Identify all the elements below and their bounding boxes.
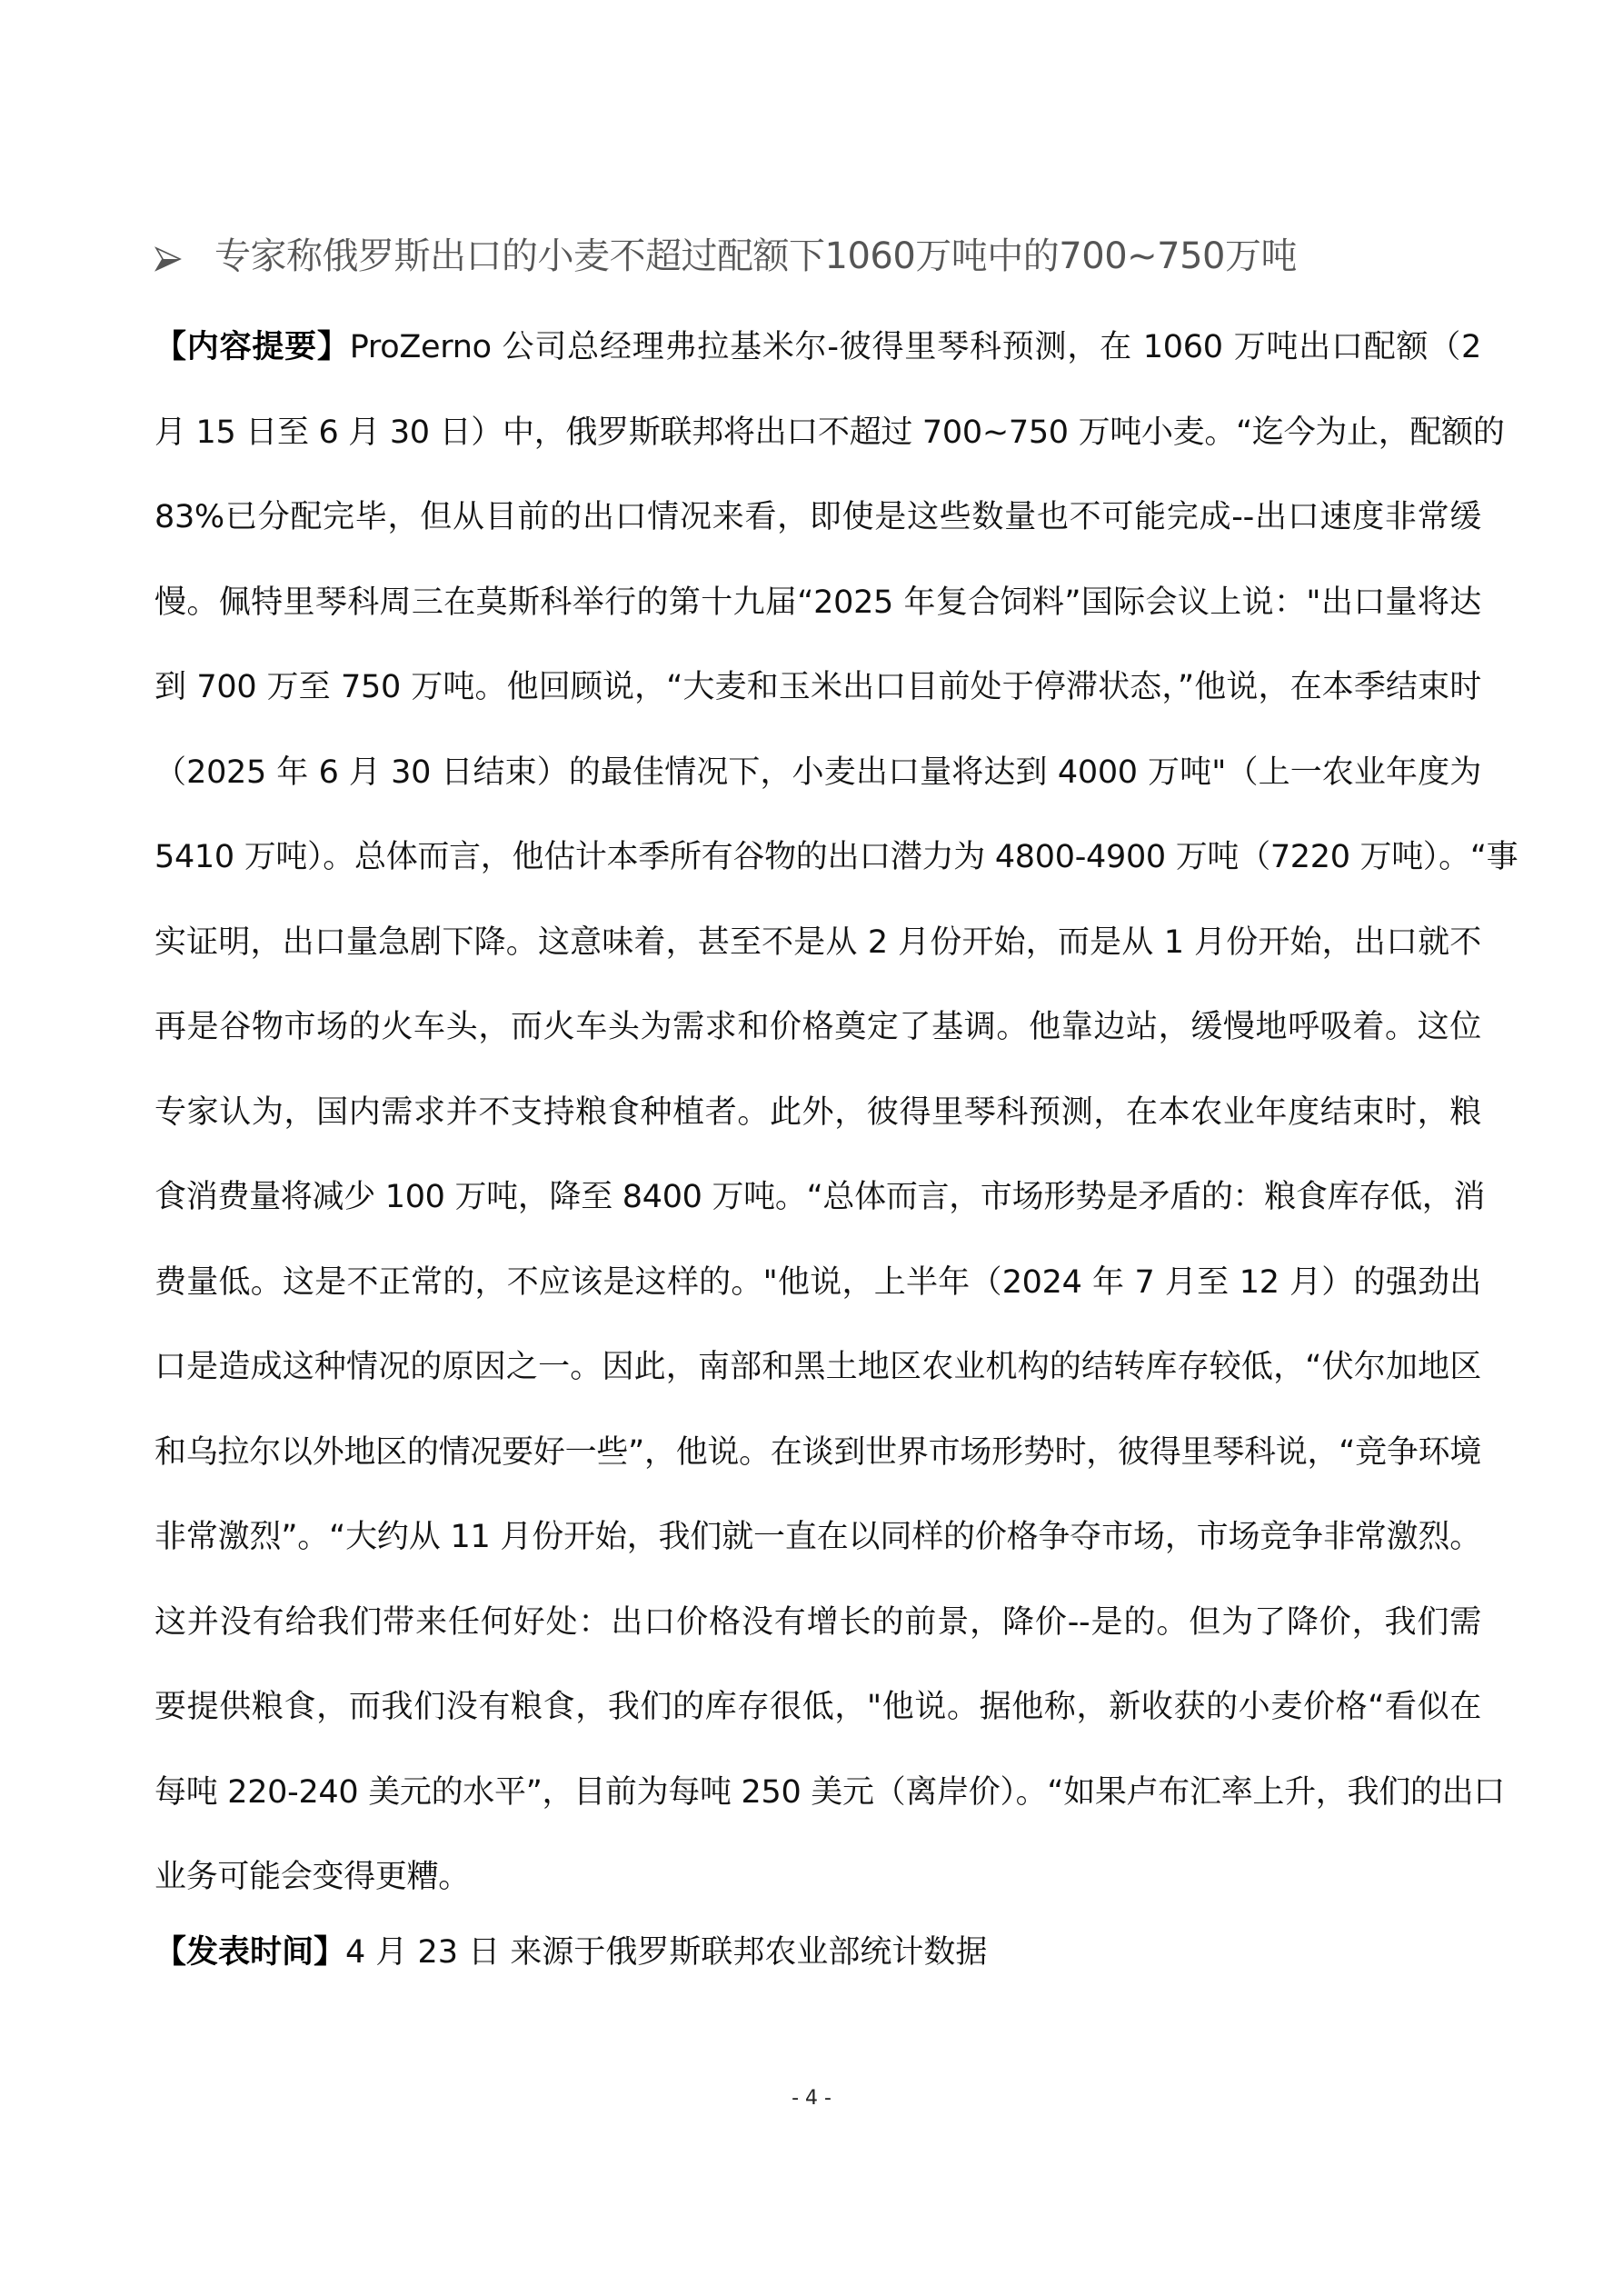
summary-line: 非常激烈”。“大约从 11 月份开始，我们就一直在以同样的价格争夺市场，市场竞争… (154, 1495, 1481, 1581)
page-number: - 4 - (0, 2087, 1623, 2110)
summary-line: 慢。佩特里琴科周三在莫斯科举行的第十九届“2025 年复合饲料”国际会议上说："… (154, 561, 1481, 646)
summary-line: 口是造成这种情况的原因之一。因此，南部和黑土地区农业机构的结转库存较低，“伏尔加… (154, 1325, 1481, 1411)
summary-line: 食消费量将减少 100 万吨，降至 8400 万吨。“总体而言，市场形势是矛盾的… (154, 1155, 1481, 1241)
summary-line: 要提供粮食，而我们没有粮食，我们的库存很低，"他说。据他称，新收获的小麦价格“看… (154, 1665, 1481, 1751)
summary-line: 和乌拉尔以外地区的情况要好一些”，他说。在谈到世界市场形势时，彼得里琴科说，“竞… (154, 1411, 1481, 1496)
summary-paragraph: 【内容提要】ProZerno 公司总经理弗拉基米尔-彼得里琴科预测，在 1060… (154, 305, 1481, 1921)
summary-line: 每吨 220-240 美元的水平”，目前为每吨 250 美元（离岸价）。“如果卢… (154, 1751, 1481, 1836)
summary-line: 83%已分配完毕，但从目前的出口情况来看，即使是这些数量也不可能完成--出口速度… (154, 475, 1481, 561)
publication-label: 【发表时间】 (154, 1934, 345, 1971)
publication-date: 4 月 23 日 (345, 1934, 500, 1971)
publication-info: 【发表时间】4 月 23 日 来源于俄罗斯联邦农业部统计数据 (154, 1921, 987, 1984)
summary-line: 这并没有给我们带来任何好处：出口价格没有增长的前景，降价--是的。但为了降价，我… (154, 1581, 1481, 1666)
summary-line: 专家认为，国内需求并不支持粮食种植者。此外，彼得里琴科预测，在本农业年度结束时，… (154, 1071, 1481, 1156)
summary-line: 月 15 日至 6 月 30 日）中，俄罗斯联邦将出口不超过 700~750 万… (154, 391, 1481, 476)
summary-line: 业务可能会变得更糟。 (154, 1835, 1481, 1921)
summary-line: 【内容提要】ProZerno 公司总经理弗拉基米尔-彼得里琴科预测，在 1060… (154, 305, 1481, 391)
summary-line: （2025 年 6 月 30 日结束）的最佳情况下，小麦出口量将达到 4000 … (154, 731, 1481, 816)
document-page: 专家称俄罗斯出口的小麦不超过配额下1060万吨中的700~750万吨 【内容提要… (0, 0, 1623, 2296)
publication-source: 来源于俄罗斯联邦农业部统计数据 (510, 1934, 987, 1971)
arrowhead-bullet-icon (154, 240, 182, 267)
summary-label: 【内容提要】 (154, 329, 350, 365)
summary-line: 实证明，出口量急剧下降。这意味着，甚至不是从 2 月份开始，而是从 1 月份开始… (154, 901, 1481, 986)
summary-line: 费量低。这是不正常的，不应该是这样的。"他说，上半年（2024 年 7 月至 1… (154, 1241, 1481, 1326)
summary-line-text: ProZerno 公司总经理弗拉基米尔-彼得里琴科预测，在 1060 万吨出口配… (350, 329, 1481, 365)
article-heading: 专家称俄罗斯出口的小麦不超过配额下1060万吨中的700~750万吨 (154, 225, 1297, 280)
summary-line: 5410 万吨）。总体而言，他估计本季所有谷物的出口潜力为 4800-4900 … (154, 815, 1481, 901)
heading-text: 专家称俄罗斯出口的小麦不超过配额下1060万吨中的700~750万吨 (214, 227, 1297, 279)
summary-line: 再是谷物市场的火车头，而火车头为需求和价格奠定了基调。他靠边站，缓慢地呼吸着。这… (154, 985, 1481, 1071)
summary-line: 到 700 万至 750 万吨。他回顾说，“大麦和玉米出口目前处于停滞状态，”他… (154, 645, 1481, 731)
